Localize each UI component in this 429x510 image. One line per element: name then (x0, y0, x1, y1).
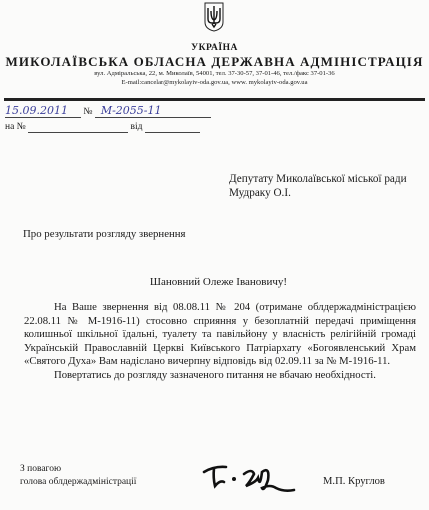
addressee: Депутату Миколаївської міської ради Мудр… (229, 172, 407, 200)
outgoing-date: 15.09.2011 (5, 104, 81, 118)
signatory-title: голова облдержадміністрації (20, 476, 136, 489)
greeting: Шановний Олеже Івановичу! (0, 276, 429, 288)
outgoing-number: М-2055-11 (95, 104, 211, 118)
organization-contacts: E-mail:cancelar@mykolayiv-oda.gov.ua, ww… (0, 79, 429, 86)
addressee-position: Депутату Миколаївської міської ради (229, 172, 407, 186)
handwritten-signature-icon (200, 458, 300, 502)
reply-to-date-field (145, 122, 200, 133)
letter-body: На Ваше звернення від 08.08.11 № 204 (от… (24, 301, 416, 383)
letterhead-divider (4, 98, 425, 101)
body-paragraph: На Ваше звернення від 08.08.11 № 204 (от… (24, 301, 416, 369)
body-paragraph: Повертатись до розгляду зазначеного пита… (24, 369, 416, 383)
number-label: № (83, 107, 92, 117)
organization-address: вул. Адміральська, 22, м. Миколаїв, 5400… (0, 70, 429, 77)
letter-subject: Про результати розгляду звернення (23, 228, 186, 240)
country-name: УКРАЇНА (0, 43, 429, 53)
addressee-name: Мудраку О.І. (229, 186, 407, 200)
from-label: від (131, 122, 143, 132)
reply-to-number-field (28, 122, 128, 133)
registration-row: 15.09.2011 № М-2055-11 (5, 104, 211, 118)
reply-to-row: на № від (5, 122, 200, 133)
closing-salutation: З повагою (20, 463, 136, 476)
closing-block: З повагою голова облдержадміністрації (20, 463, 136, 489)
organization-name: МИКОЛАЇВСЬКА ОБЛАСНА ДЕРЖАВНА АДМІНІСТРА… (0, 54, 429, 70)
signatory-name: М.П. Круглов (323, 476, 385, 487)
reply-to-label: на № (5, 122, 26, 132)
trident-coat-of-arms-icon (204, 2, 224, 32)
